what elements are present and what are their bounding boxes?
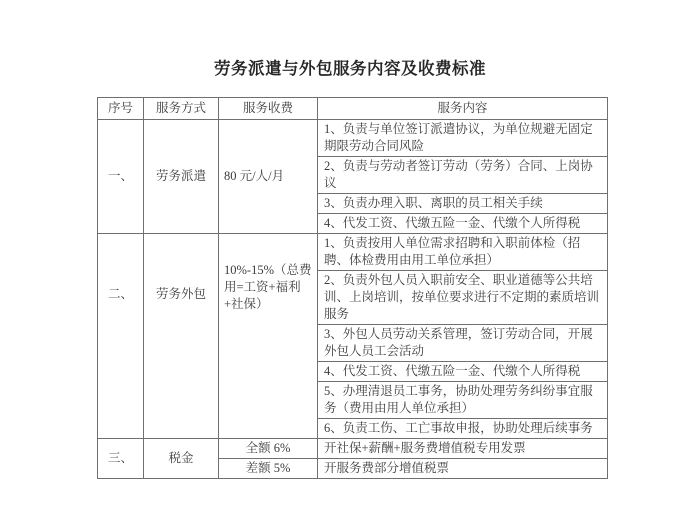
section-2-item-5: 5、办理清退员工事务，协助处理劳务纠纷事宜服务（费用由用人单位承担） [318, 382, 608, 419]
section-2-item-1: 1、负责按用人单位需求招聘和入职前体检（招聘、体检费用由用工单位承担） [318, 234, 608, 271]
page-title: 劳务派遣与外包服务内容及收费标准 [0, 59, 700, 79]
section-2-item-3: 3、外包人员劳动关系管理，签订劳动合同，开展外包人员工会活动 [318, 325, 608, 362]
table-row: 一、 劳务派遣 80 元/人/月 1、负责与单位签订派遣协议，为单位规避无固定期… [98, 120, 608, 157]
table-row: 二、 劳务外包 10%-15%（总费用=工资+福利+社保） 1、负责按用人单位需… [98, 234, 608, 271]
section-1-item-2: 2、负责与劳动者签订劳动（劳务）合同、上岗协议 [318, 157, 608, 194]
section-1-fee: 80 元/人/月 [219, 120, 318, 234]
section-1-item-1: 1、负责与单位签订派遣协议，为单位规避无固定期限劳动合同风险 [318, 120, 608, 157]
col-header-fee: 服务收费 [219, 98, 318, 120]
table-row: 三、 税金 全额 6% 开社保+薪酬+服务费增值税专用发票 [98, 439, 608, 459]
section-2-item-2: 2、负责外包人员入职前安全、职业道德等公共培训、上岗培训，按单位要求进行不定期的… [318, 271, 608, 325]
section-1-index: 一、 [98, 120, 144, 234]
service-fee-table: 序号 服务方式 服务收费 服务内容 一、 劳务派遣 80 元/人/月 1、负责与… [97, 97, 608, 479]
section-2-item-6: 6、负责工伤、工亡事故申报，协助处理后续事务 [318, 419, 608, 439]
section-1-item-3: 3、负责办理入职、离职的员工相关手续 [318, 194, 608, 214]
section-2-fee: 10%-15%（总费用=工资+福利+社保） [219, 234, 318, 439]
section-3-content-full: 开社保+薪酬+服务费增值税专用发票 [318, 439, 608, 459]
section-2-index: 二、 [98, 234, 144, 439]
col-header-content: 服务内容 [318, 98, 608, 120]
section-3-index: 三、 [98, 439, 144, 479]
section-2-item-4: 4、代发工资、代缴五险一金、代缴个人所得税 [318, 362, 608, 382]
section-3-fee-full: 全额 6% [219, 439, 318, 459]
section-3-content-diff: 开服务费部分增值税票 [318, 459, 608, 479]
col-header-index: 序号 [98, 98, 144, 120]
section-3-method: 税金 [144, 439, 219, 479]
header-row: 序号 服务方式 服务收费 服务内容 [98, 98, 608, 120]
section-2-method: 劳务外包 [144, 234, 219, 439]
col-header-method: 服务方式 [144, 98, 219, 120]
section-1-item-4: 4、代发工资、代缴五险一金、代缴个人所得税 [318, 214, 608, 234]
section-3-fee-diff: 差额 5% [219, 459, 318, 479]
section-1-method: 劳务派遣 [144, 120, 219, 234]
